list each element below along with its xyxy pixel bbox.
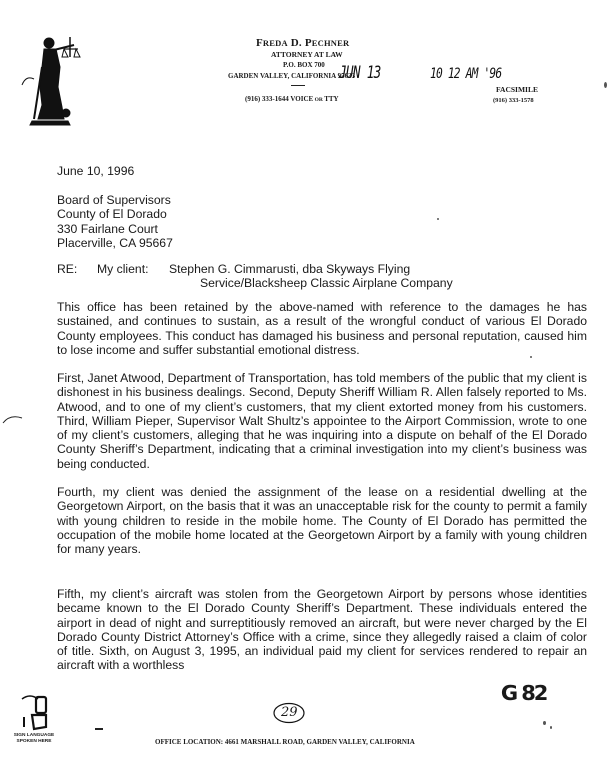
re-label: RE:: [57, 262, 97, 276]
scan-speck: [604, 82, 607, 88]
page-number: 29: [281, 705, 298, 720]
received-stamp-time: 10 12 AM '96: [430, 66, 501, 82]
recipient-line: Placerville, CA 95667: [57, 236, 173, 250]
recipient-address: Board of Supervisors County of El Dorado…: [57, 193, 173, 250]
letterhead-divider: [291, 85, 305, 86]
letterhead-address: GARDEN VALLEY, CALIFORNIA 95633: [228, 72, 355, 80]
recipient-line: 330 Fairlane Court: [57, 222, 173, 236]
subject-line: RE:My client:Stephen G. Cimmarusti, dba …: [57, 262, 410, 276]
sign-language-caption: SIGN LANGUAGE SPOKEN HERE: [9, 733, 59, 745]
scan-speck: [543, 721, 546, 725]
margin-mark-icon: [2, 414, 24, 424]
attorney-name: FREDA D. PECHNER: [256, 37, 349, 49]
attorney-title: ATTORNEY AT LAW: [271, 50, 343, 59]
letter-date: June 10, 1996: [57, 164, 134, 178]
recipient-line: County of El Dorado: [57, 207, 173, 221]
fax-number: (916) 333-1578: [493, 97, 534, 104]
scan-speck: [550, 726, 552, 729]
paragraph-fifth: Fifth, my client’s aircraft was stolen f…: [57, 587, 587, 673]
re-line-1: Stephen G. Cimmarusti, dba Skyways Flyin…: [169, 262, 410, 276]
scan-speck: [437, 218, 439, 220]
fax-label: FACSIMILE: [496, 85, 538, 94]
sign-language-hand-icon: [16, 693, 56, 733]
po-box: P.O. BOX 700: [283, 61, 325, 69]
handwritten-code: G 82: [501, 681, 546, 705]
paragraph-first: First, Janet Atwood, Department of Trans…: [57, 371, 587, 471]
dash-mark: [95, 728, 103, 730]
re-client-label: My client:: [97, 262, 169, 276]
office-location: OFFICE LOCATION: 4661 MARSHALL ROAD, GAR…: [155, 738, 415, 746]
received-stamp-date: JUN 13: [339, 63, 381, 83]
scan-speck: [530, 356, 532, 358]
lady-justice-icon: [20, 27, 90, 127]
circled-page-number: 29: [272, 702, 306, 724]
sign-language-line: SPOKEN HERE: [9, 739, 59, 745]
paragraph-fourth: Fourth, my client was denied the assignm…: [57, 485, 587, 556]
recipient-line: Board of Supervisors: [57, 193, 173, 207]
voice-phone: (916) 333-1644 VOICE OR TTY: [245, 95, 339, 103]
re-line-2: Service/Blacksheep Classic Airplane Comp…: [200, 276, 453, 290]
paragraph-intro: This office has been retained by the abo…: [57, 300, 587, 357]
